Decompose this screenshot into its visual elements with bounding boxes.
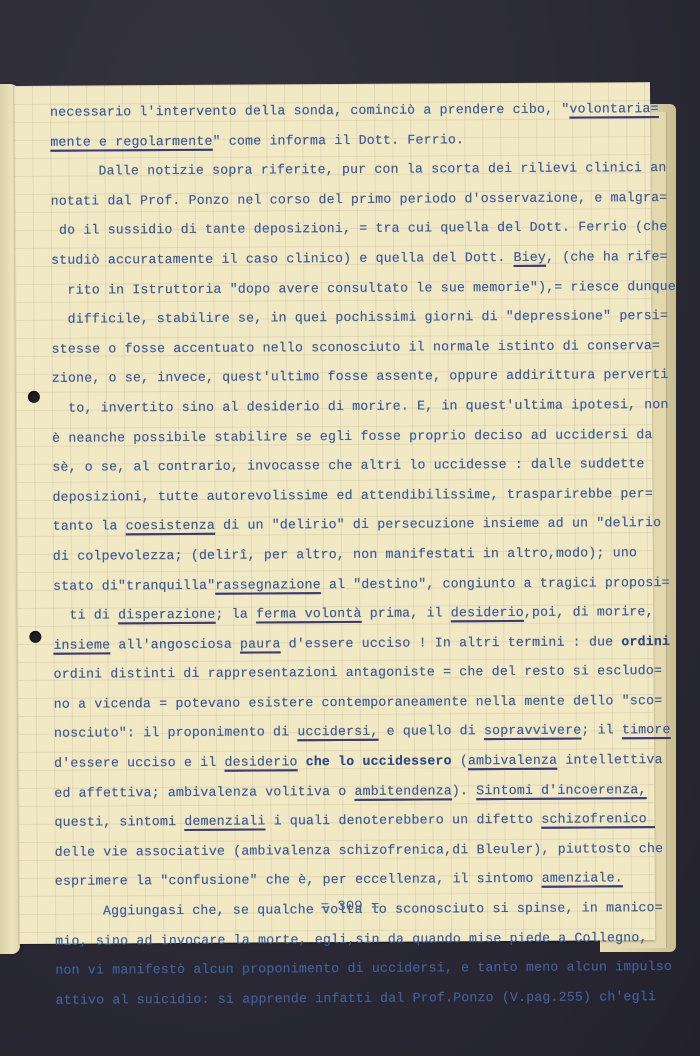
text-line: esprimere la "confusione" che è, per ecc…: [55, 864, 645, 897]
binder-hole-top: [28, 391, 40, 403]
text-segment: rito in Istruttoria "dopo avere consulta…: [51, 279, 676, 298]
text-segment: di colpevolezza; (delirî, per altro, non…: [53, 545, 637, 564]
text-segment: d'essere ucciso ! In altri termini : due: [281, 634, 622, 651]
text-segment: no a vicenda = potevano esistere contemp…: [54, 693, 663, 712]
binder-hole-bottom: [29, 631, 41, 643]
text-segment: esprimere la "confusione" che è, per ecc…: [55, 871, 542, 889]
text-line: mio, sino ad invocare la morte, egli,sin…: [55, 923, 645, 956]
text-line: tanto la coesistenza di un "delirio" di …: [53, 508, 643, 541]
text-segment: stesse o fosse accentuato nello sconosci…: [52, 338, 661, 357]
text-line: Dalle notizie sopra riferite, pur con la…: [50, 153, 640, 186]
text-line: questi, sintomi demenziali i quali denot…: [54, 804, 644, 837]
text-segment: " come informa il Dott. Ferrio.: [213, 132, 465, 149]
text-line: nosciuto": il proponimento di uccidersi,…: [54, 716, 644, 749]
text-line: attivo al suicidio: si apprende infatti …: [55, 982, 645, 1015]
text-line: studiò accuratamente il caso clinico) e …: [51, 242, 641, 275]
text-segment: ti di: [53, 607, 118, 622]
text-segment: [298, 754, 306, 769]
underlined-text: ambivalenza: [468, 753, 557, 769]
text-line: zione, o se, invece, quest'ultimo fosse …: [52, 361, 642, 394]
text-line: difficile, stabilire se, in quei pochiss…: [51, 301, 641, 334]
text-segment: necessario l'intervento della sonda, com…: [50, 102, 569, 120]
underlined-text: amenziale.: [542, 871, 623, 886]
text-segment: notati dal Prof. Ponzo nel corso del pri…: [51, 190, 668, 209]
text-line: sè, o se, al contrario, invocasse che al…: [52, 449, 642, 482]
text-line: delle vie associative (ambivalenza schiz…: [55, 834, 645, 867]
text-line: deposizioni, tutte autorevolissime ed at…: [52, 479, 642, 512]
text-segment: ; il: [581, 723, 622, 738]
underlined-text: paura: [240, 636, 281, 651]
text-segment: questi, sintomi: [54, 814, 184, 830]
text-segment: studiò accuratamente il caso clinico) e …: [51, 250, 514, 268]
underlined-text: desiderio: [451, 605, 524, 620]
underlined-text: timore: [622, 722, 671, 737]
text-segment: ).: [452, 783, 476, 798]
text-line: insieme all'angosciosa paura d'essere uc…: [53, 627, 643, 660]
text-line: no a vicenda = potevano esistere contemp…: [54, 686, 644, 719]
text-line: di colpevolezza; (delirî, per altro, non…: [53, 538, 643, 571]
text-segment: , (che ha rife=: [546, 249, 668, 265]
underlined-text: volontaria=: [569, 101, 658, 117]
text-segment: ordini distinti di rappresentazioni anta…: [54, 663, 663, 682]
text-segment: ,poi, di morire,: [524, 604, 654, 620]
text-line: ordini distinti di rappresentazioni anta…: [54, 656, 644, 689]
underlined-text: ambitendenza: [354, 783, 451, 799]
bold-text: ordini: [621, 634, 670, 649]
text-segment: Dalle notizie sopra riferite, pur con la…: [98, 160, 666, 178]
text-segment: prima, il: [362, 605, 451, 621]
underlined-text: disperazione: [118, 607, 215, 623]
text-line: notati dal Prof. Ponzo nel corso del pri…: [51, 183, 641, 216]
text-segment: attivo al suicidio: si apprende infatti …: [56, 989, 657, 1008]
text-segment: mio, sino ad invocare la morte, egli,sin…: [55, 930, 647, 949]
text-segment: delle vie associative (ambivalenza schiz…: [55, 841, 664, 860]
text-line: ti di disperazione; la ferma volontà pri…: [53, 597, 643, 630]
text-segment: nosciuto": il proponimento di: [54, 725, 298, 741]
underlined-text: mente e regolarmente: [50, 133, 212, 149]
text-segment: sè, o se, al contrario, invocasse che al…: [52, 456, 644, 475]
text-line: stesse o fosse accentuato nello sconosci…: [52, 331, 642, 364]
underlined-text: Sintomi d'incoerenza,: [476, 782, 646, 798]
text-line: do il sussidio di tante deposizioni, = t…: [51, 213, 641, 246]
text-line: rito in Istruttoria "dopo avere consulta…: [51, 272, 641, 305]
bold-text: che lo uccidessero: [306, 753, 452, 769]
underlined-text: schizofrenico: [541, 811, 655, 827]
text-segment: e quello di: [378, 724, 484, 740]
document-page: necessario l'intervento della sonda, com…: [14, 82, 655, 944]
text-segment: intellettiva: [557, 752, 663, 768]
underlined-text: sopravvivere: [484, 723, 581, 739]
text-segment: ed affettiva; ambivalenza volitiva o: [54, 784, 354, 801]
underlined-text: coesistenza: [126, 518, 215, 534]
text-segment: d'essere ucciso e il: [54, 755, 224, 771]
underlined-text: insieme: [53, 637, 110, 652]
text-segment: do il sussidio di tante deposizioni, = t…: [51, 219, 668, 238]
text-segment: difficile, stabilire se, in quei pochiss…: [51, 308, 668, 327]
text-segment: non vi manifestò alcun proponimento di u…: [55, 959, 672, 978]
text-segment: zione, o se, invece, quest'ultimo fosse …: [52, 367, 669, 386]
underlined-text: Biey: [514, 250, 547, 265]
text-line: d'essere ucciso e il desiderio che lo uc…: [54, 745, 644, 778]
text-segment: tanto la: [53, 519, 126, 534]
text-segment: al "destino", congiunto a tragici propos…: [321, 575, 670, 592]
text-segment: i quali denoterebbero un difetto: [265, 812, 541, 829]
text-segment: to, invertito sino al desiderio di morir…: [52, 397, 669, 416]
text-line: non vi manifestò alcun proponimento di u…: [55, 952, 645, 985]
text-line: stato di"tranquilla"rassegnazione al "de…: [53, 568, 643, 601]
text-segment: di un "delirio" di persecuzione insieme …: [215, 515, 661, 533]
typewritten-body: necessario l'intervento della sonda, com…: [50, 94, 646, 1015]
text-segment: (: [452, 753, 468, 768]
underlined-text: demenziali: [184, 814, 265, 829]
text-line: mente e regolarmente" come informa il Do…: [50, 124, 640, 157]
text-segment: deposizioni, tutte autorevolissime ed at…: [52, 486, 653, 505]
text-segment: è neanche possibile stabilire se egli fo…: [52, 427, 653, 446]
underlined-text: ferma volontà: [256, 606, 362, 622]
text-line: to, invertito sino al desiderio di morir…: [52, 390, 642, 423]
text-line: ed affettiva; ambivalenza volitiva o amb…: [54, 775, 644, 808]
text-segment: all'angosciosa: [110, 636, 240, 652]
text-line: è neanche possibile stabilire se egli fo…: [52, 420, 642, 453]
text-segment: stato di"tranquilla": [53, 577, 215, 593]
text-segment: ; la: [215, 607, 256, 622]
underlined-text: uccidersi,: [297, 724, 378, 739]
underlined-text: rassegnazione: [215, 577, 321, 593]
underlined-text: desiderio: [224, 754, 297, 769]
text-line: necessario l'intervento della sonda, com…: [50, 94, 640, 127]
